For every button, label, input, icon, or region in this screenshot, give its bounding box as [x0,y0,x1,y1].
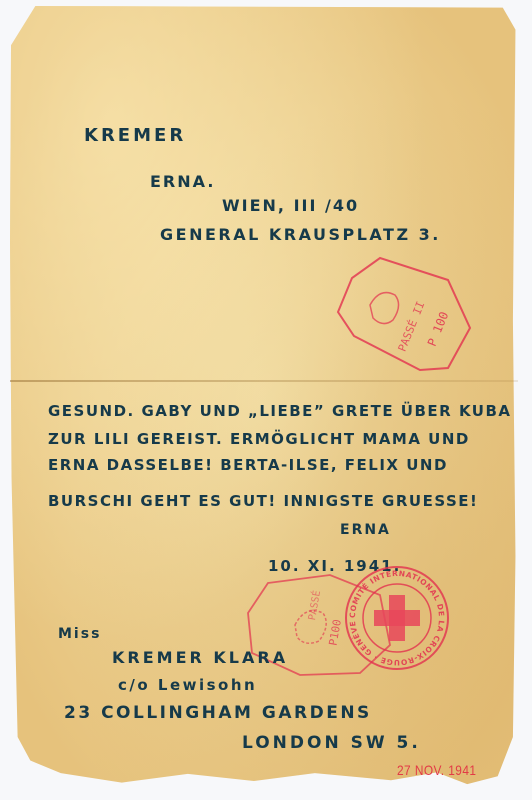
recipient-street: 23 Collingham Gardens [64,703,372,723]
recipient-salutation: Miss [58,626,101,642]
message-line-4: Burschi geht es gut! Innigste Gruesse! [48,492,478,510]
censor-stamp-top [330,250,480,380]
fold-crease [10,380,518,382]
sender-street: General Krausplatz 3. [160,225,441,244]
red-cross-stamp: COMITÉ INTERNATIONAL DE LA CROIX-ROUGE ·… [342,563,452,673]
message-line-1: Gesund. Gaby und „Liebe” Grete über Kuba [48,402,512,420]
recipient-city: London SW 5. [242,733,421,753]
sender-surname: Kremer [84,125,186,146]
sender-first-name: Erna. [150,172,215,191]
recipient-name: Kremer Klara [112,648,288,667]
message-line-3: Erna dasselbe! Berta-Ilse, Felix und [48,456,448,474]
message-signature: Erna [340,522,391,538]
recipient-care-of: c/o Lewisohn [118,676,257,694]
sender-city: Wien, III /40 [222,196,359,215]
message-line-2: zur Lili gereist. Ermöglicht Mama und [48,430,470,448]
received-date-stamp: 27 NOV. 1941 [397,762,476,778]
